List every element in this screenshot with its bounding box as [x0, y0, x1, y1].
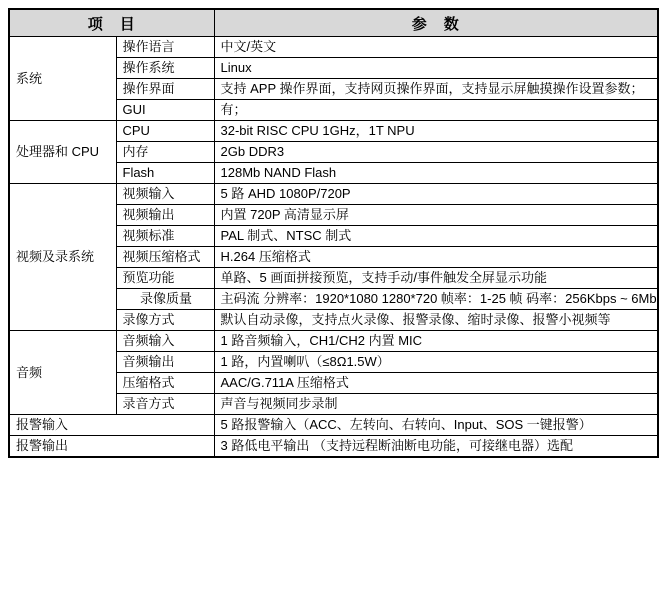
spec-label: 音频输出 [116, 352, 214, 373]
spec-label: 视频输出 [116, 205, 214, 226]
spec-label: 视频压缩格式 [116, 247, 214, 268]
spec-label: 录像质量 [116, 289, 214, 310]
spec-value: 5 路 AHD 1080P/720P [214, 184, 658, 205]
header-row: 项 目 参 数 [9, 9, 658, 37]
spec-label: 视频标准 [116, 226, 214, 247]
spec-value: Linux [214, 58, 658, 79]
table-row: 报警输出 3 路低电平输出 （支持远程断油断电功能，可接继电器）选配 [9, 436, 658, 458]
col-header-item: 项 目 [9, 9, 214, 37]
spec-value: 32-bit RISC CPU 1GHz，1T NPU [214, 121, 658, 142]
spec-value: 3 路低电平输出 （支持远程断油断电功能，可接继电器）选配 [214, 436, 658, 458]
spec-label: 音频输入 [116, 331, 214, 352]
spec-value: PAL 制式、NTSC 制式 [214, 226, 658, 247]
spec-value: 128Mb NAND Flash [214, 163, 658, 184]
spec-table: 项 目 参 数 系统 操作语言 中文/英文 操作系统 Linux 操作界面 支持… [8, 8, 659, 458]
category-cell-processor: 处理器和 CPU [9, 121, 116, 184]
category-cell-alarm-output: 报警输出 [9, 436, 214, 458]
spec-value: AAC/G.711A 压缩格式 [214, 373, 658, 394]
spec-value: 1 路，内置喇叭（≤8Ω1.5W） [214, 352, 658, 373]
spec-label: 压缩格式 [116, 373, 214, 394]
spec-value: 内置 720P 高清显示屏 [214, 205, 658, 226]
spec-label: 操作语言 [116, 37, 214, 58]
spec-value: 2Gb DDR3 [214, 142, 658, 163]
category-cell-alarm-input: 报警输入 [9, 415, 214, 436]
spec-label: 操作系统 [116, 58, 214, 79]
table-row: 系统 操作语言 中文/英文 [9, 37, 658, 58]
spec-label: 录音方式 [116, 394, 214, 415]
spec-document-page: 项 目 参 数 系统 操作语言 中文/英文 操作系统 Linux 操作界面 支持… [0, 0, 665, 606]
spec-value: 单路、5 画面拼接预览，支持手动/事件触发全屏显示功能 [214, 268, 658, 289]
spec-value: 1 路音频输入，CH1/CH2 内置 MIC [214, 331, 658, 352]
spec-label: 操作界面 [116, 79, 214, 100]
spec-label: GUI [116, 100, 214, 121]
table-row: 音频 音频输入 1 路音频输入，CH1/CH2 内置 MIC [9, 331, 658, 352]
spec-value: 中文/英文 [214, 37, 658, 58]
spec-value: 声音与视频同步录制 [214, 394, 658, 415]
spec-value: 有； [214, 100, 658, 121]
spec-value: 支持 APP 操作界面，支持网页操作界面，支持显示屏触摸操作设置参数； [214, 79, 658, 100]
spec-label: 预览功能 [116, 268, 214, 289]
category-cell-system: 系统 [9, 37, 116, 121]
spec-value: 默认自动录像，支持点火录像、报警录像、缩时录像、报警小视频等 [214, 310, 658, 331]
category-cell-video: 视频及录系统 [9, 184, 116, 331]
category-cell-audio: 音频 [9, 331, 116, 415]
spec-value-recording-quality: 主码流 分辨率：1920*1080 1280*720 帧率：1-25 帧 码率：… [214, 289, 658, 310]
spec-label: CPU [116, 121, 214, 142]
spec-label: 视频输入 [116, 184, 214, 205]
col-header-param: 参 数 [214, 9, 658, 37]
spec-label: 录像方式 [116, 310, 214, 331]
table-row: 报警输入 5 路报警输入（ACC、左转向、右转向、Input、SOS 一键报警） [9, 415, 658, 436]
table-row: 处理器和 CPU CPU 32-bit RISC CPU 1GHz，1T NPU [9, 121, 658, 142]
spec-label: Flash [116, 163, 214, 184]
table-row: 视频及录系统 视频输入 5 路 AHD 1080P/720P [9, 184, 658, 205]
spec-value: H.264 压缩格式 [214, 247, 658, 268]
spec-value: 5 路报警输入（ACC、左转向、右转向、Input、SOS 一键报警） [214, 415, 658, 436]
spec-label: 内存 [116, 142, 214, 163]
